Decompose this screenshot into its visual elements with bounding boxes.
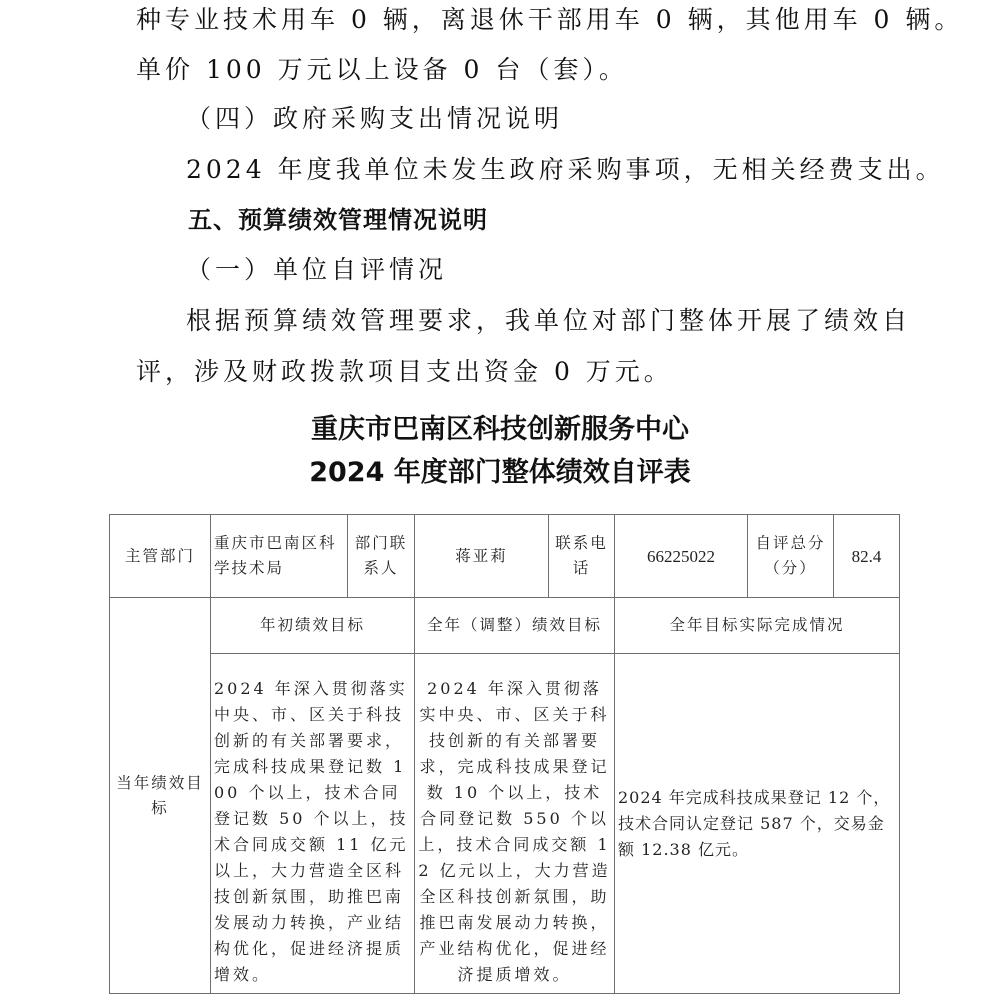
paragraph-self-evaluation-line1: 根据预算绩效管理要求，我单位对部门整体开展了绩效自 [186,306,911,336]
initial-goal-cell: 2024 年深入贯彻落实中央、市、区关于科技创新的有关部署要求，完成科技成果登记… [210,653,415,994]
phone-label-cell: 联系电话 [548,514,615,598]
score-label: 自评总分（分） [751,531,830,581]
actual-completion-cell: 2024 年完成科技成果登记 12 个，技术合同认定登记 587 个，交易金额 … [614,653,900,994]
initial-goal-text: 2024 年深入贯彻落实中央、市、区关于科技创新的有关部署要求，完成科技成果登记… [214,676,411,988]
goals-row-label-cell: 当年绩效目标 [109,597,211,994]
paragraph-vehicles-line: 种专业技术用车 0 辆，离退休干部用车 0 辆，其他用车 0 辆。 [136,5,963,35]
paragraph-equipment-line: 单价 100 万元以上设备 0 台（套）。 [136,55,628,85]
dept-label: 主管部门 [125,544,195,569]
col-header-actual-completion-label: 全年目标实际完成情况 [669,613,844,638]
paragraph-self-evaluation-line2: 评，涉及财政拨款项目支出资金 0 万元。 [136,357,673,387]
col-header-adjusted-goal: 全年（调整）绩效目标 [414,597,615,654]
contact-value: 蒋亚莉 [455,544,508,569]
col-header-initial-goal-label: 年初绩效目标 [260,613,365,638]
adjusted-goal-text: 2024 年深入贯彻落实中央、市、区关于科技创新的有关部署要求，完成科技成果登记… [418,676,611,988]
col-header-actual-completion: 全年目标实际完成情况 [614,597,900,654]
table-title: 重庆市巴南区科技创新服务中心 [0,413,1000,447]
col-header-initial-goal: 年初绩效目标 [210,597,415,654]
dept-value: 重庆市巴南区科学技术局 [214,531,344,581]
adjusted-goal-cell: 2024 年深入贯彻落实中央、市、区关于科技创新的有关部署要求，完成科技成果登记… [414,653,615,994]
score-value-cell: 82.4 [833,514,900,598]
dept-value-cell: 重庆市巴南区科学技术局 [210,514,348,598]
phone-value-cell: 66225022 [614,514,748,598]
contact-value-cell: 蒋亚莉 [414,514,549,598]
phone-label: 联系电话 [552,531,611,581]
score-label-cell: 自评总分（分） [747,514,834,598]
phone-value: 66225022 [647,544,715,569]
goals-row-label: 当年绩效目标 [113,771,207,821]
section-heading-procurement: （四）政府采购支出情况说明 [186,104,563,134]
dept-label-cell: 主管部门 [109,514,211,598]
section-heading-self-evaluation: （一）单位自评情况 [186,255,447,285]
contact-label: 部门联系人 [351,531,411,581]
contact-label-cell: 部门联系人 [347,514,415,598]
score-value: 82.4 [852,544,882,569]
paragraph-procurement: 2024 年度我单位未发生政府采购事项，无相关经费支出。 [186,155,945,185]
actual-completion-text: 2024 年完成科技成果登记 12 个，技术合同认定登记 587 个，交易金额 … [618,785,896,863]
col-header-adjusted-goal-label: 全年（调整）绩效目标 [427,613,602,638]
table-subtitle: 2024 年度部门整体绩效自评表 [0,456,1000,490]
chapter-heading-performance: 五、预算绩效管理情况说明 [188,205,488,235]
